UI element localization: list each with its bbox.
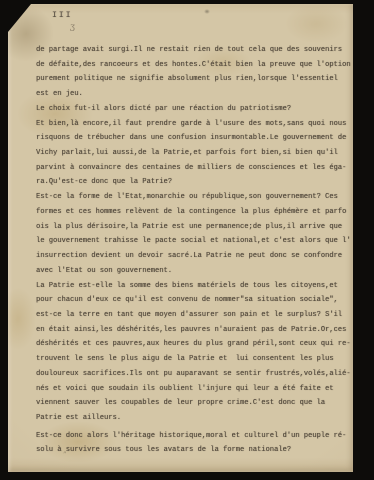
text-line: solu à survivre sous tous les avatars de…	[36, 443, 352, 458]
text-line: Vichy parlait,lui aussi,de la Patrie,et …	[36, 146, 352, 161]
text-line: déshérités et ces pauvres,aux heures du …	[36, 337, 352, 352]
text-line: Est-ce donc alors l'héritage historique,…	[36, 426, 352, 444]
pencil-mark: ʒ	[69, 22, 75, 33]
text-line: purement politique ne signifie absolumen…	[36, 72, 352, 87]
text-line: ois la plus dérisoire,la Patrie est une …	[36, 220, 352, 235]
scanned-page: III ʒ de partage avait surgi.Il ne resta…	[0, 0, 374, 480]
text-line: Et bien,là encore,il faut prendre garde …	[36, 117, 352, 132]
text-line: trouvent le sens le plus aigu de la Patr…	[36, 352, 352, 367]
text-line: parvint à convaincre des centaines de mi…	[36, 161, 352, 176]
paper-sheet: III ʒ de partage avait surgi.Il ne resta…	[8, 4, 353, 472]
ink-speck	[204, 9, 210, 14]
text-line: est en jeu.	[36, 87, 352, 102]
text-line: pour chacun d'eux ce qu'il est convenu d…	[36, 293, 352, 308]
text-line: risquons de trébucher dans une confusion…	[36, 131, 352, 146]
text-line: ra.Qu'est-ce donc que la Patrie?	[36, 175, 352, 190]
text-line: insurrection devient un devoir sacré.La …	[36, 249, 352, 264]
text-line: Le choix fut-il alors dicté par une réac…	[36, 102, 352, 117]
text-line: de défaite,des rancoeurs et des hontes.C…	[36, 58, 352, 73]
text-line: La Patrie est-elle la somme des biens ma…	[36, 279, 352, 294]
text-line: avec l'Etat ou son gouvernement.	[36, 264, 352, 279]
text-line: douloureux sacrifices.Ils ont pu auparav…	[36, 367, 352, 382]
text-line: est-ce la terre en tant que moyen d'assu…	[36, 308, 352, 323]
text-line: formes et ces hommes relèvent de la cont…	[36, 205, 352, 220]
text-line: Est-ce la forme de l'Etat,monarchie ou r…	[36, 190, 352, 205]
text-line: en était ainsi,les déshérités,les pauvre…	[36, 323, 352, 338]
text-line: Patrie est ailleurs.	[36, 411, 352, 426]
text-line: de partage avait surgi.Il ne restait rie…	[36, 43, 352, 58]
bottom-smudge-mark: ”	[63, 451, 67, 459]
text-line: le gouvernement trahisse le pacte social…	[36, 234, 352, 249]
text-line: nés et voici que soudain ils oublient l'…	[36, 382, 352, 397]
typewritten-text: de partage avait surgi.Il ne restait rie…	[36, 43, 352, 458]
text-line: viennent sauver les coupables de leur pr…	[36, 396, 352, 411]
page-number: III	[52, 11, 72, 20]
